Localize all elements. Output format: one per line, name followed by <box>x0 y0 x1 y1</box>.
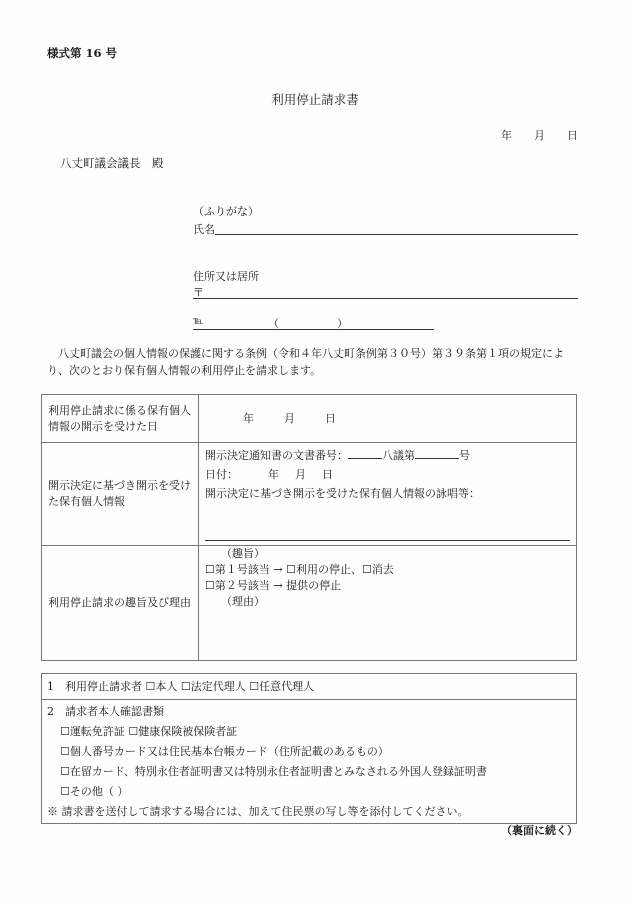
addressee: 八丈町議会議長 殿 <box>60 155 164 171</box>
id-line-1: ☐運転免許証 ☐健康保険被保険者証 <box>47 722 571 742</box>
purpose-reason-cell: （趣旨） ☐第１号該当 → ☐利用の停止、☐消去 ☐第２号該当 → 提供の停止 … <box>199 546 577 661</box>
disclosure-date-field[interactable]: 年月日 <box>199 395 577 443</box>
date-year: 年 <box>501 127 512 143</box>
doc-number-mid: 八議第 <box>382 449 415 462</box>
requester-type-label: 利用停止請求者 <box>65 680 142 693</box>
doc-number-field[interactable] <box>415 447 459 459</box>
name-label: 氏名 <box>193 221 215 237</box>
name-field[interactable] <box>215 234 578 235</box>
request-statement: 八丈町議会の個人情報の保護に関する条例（令和４年八丈町条例第３０号）第３９条第１… <box>47 345 582 379</box>
doc-number-prefix-field[interactable] <box>348 447 382 459</box>
address-field[interactable] <box>193 298 578 299</box>
checkbox-voluntary-agent[interactable]: ☐ <box>249 680 259 693</box>
document-title: 利用停止請求書 <box>0 90 630 108</box>
info-title-label: 開示決定に基づき開示を受けた保有個人情報の詠唱等： <box>205 486 480 502</box>
table-row: 開示決定に基づき開示を受けた保有個人情報 開示決定通知書の文書番号：八議第号 日… <box>42 443 577 546</box>
disclosed-info-cell: 開示決定通知書の文書番号：八議第号 日付：年月日 開示決定に基づき開示を受けた保… <box>199 443 577 546</box>
request-date[interactable]: 年月日 <box>501 127 578 143</box>
date-year: 年 <box>243 411 254 427</box>
option-clause-2: ☐第２号該当 → 提供の停止 <box>205 578 341 594</box>
date-day: 日 <box>322 468 333 481</box>
date-month: 月 <box>284 411 295 427</box>
furigana-label: （ふりがな） <box>193 203 259 219</box>
id-line-4: ☐その他（ ） <box>47 782 571 802</box>
info-title-field[interactable] <box>205 540 570 541</box>
tel-icon: ℡ <box>193 316 204 327</box>
continued-note: （裏面に続く） <box>501 822 578 838</box>
disclosed-info-label: 開示決定に基づき開示を受けた保有個人情報 <box>42 443 199 546</box>
requester-info-table: 1利用停止請求者 ☐本人 ☐法定代理人 ☐任意代理人 2請求者本人確認書類 ☐運… <box>41 673 577 824</box>
mail-note: ※ 請求書を送付して請求する場合には、加えて住民票の写し等を添付してください。 <box>47 802 571 822</box>
requester-type-row: 1利用停止請求者 ☐本人 ☐法定代理人 ☐任意代理人 <box>42 674 577 700</box>
checkbox-drivers-license[interactable]: ☐ <box>60 725 70 738</box>
request-details-table: 利用停止請求に係る保有個人情報の開示を受けた日 年月日 開示決定に基づき開示を受… <box>41 394 577 661</box>
date-day: 日 <box>567 127 578 143</box>
checkbox-erase[interactable]: ☐ <box>362 563 372 576</box>
checkbox-clause-1[interactable]: ☐ <box>205 563 215 576</box>
disclosure-date-label: 利用停止請求に係る保有個人情報の開示を受けた日 <box>42 395 199 443</box>
date-year: 年 <box>268 468 279 481</box>
date-day: 日 <box>325 411 336 427</box>
doc-number-line: 開示決定通知書の文書番号：八議第号 <box>205 447 470 464</box>
checkbox-residence-card[interactable]: ☐ <box>60 765 70 778</box>
table-row: 利用停止請求の趣旨及び理由 （趣旨） ☐第１号該当 → ☐利用の停止、☐消去 ☐… <box>42 546 577 661</box>
checkbox-legal-agent[interactable]: ☐ <box>181 680 191 693</box>
reason-heading: （理由） <box>221 594 265 610</box>
checkbox-other[interactable]: ☐ <box>60 785 70 798</box>
id-documents-row: 2請求者本人確認書類 ☐運転免許証 ☐健康保険被保険者証 ☐個人番号カード又は住… <box>42 700 577 824</box>
table-row: 1利用停止請求者 ☐本人 ☐法定代理人 ☐任意代理人 <box>42 674 577 700</box>
checkbox-my-number-card[interactable]: ☐ <box>60 745 70 758</box>
date-month: 月 <box>534 127 545 143</box>
doc-number-label: 開示決定通知書の文書番号： <box>205 449 348 462</box>
id-line-3: ☐在留カード、特別永住者証明書又は特別永住者証明書とみなされる外国人登録証明書 <box>47 762 571 782</box>
table-row: 2請求者本人確認書類 ☐運転免許証 ☐健康保険被保険者証 ☐個人番号カード又は住… <box>42 700 577 824</box>
checkbox-suspend-use[interactable]: ☐ <box>286 563 296 576</box>
notice-date-line[interactable]: 日付：年月日 <box>205 467 333 483</box>
table-row: 利用停止請求に係る保有個人情報の開示を受けた日 年月日 <box>42 395 577 443</box>
checkbox-self[interactable]: ☐ <box>146 680 156 693</box>
checkbox-health-insurance[interactable]: ☐ <box>128 725 138 738</box>
doc-number-suffix: 号 <box>459 449 470 462</box>
address-label: 住所又は居所 <box>193 268 259 284</box>
id-documents-label: 請求者本人確認書類 <box>65 705 164 718</box>
id-line-2: ☐個人番号カード又は住民基本台帳カード（住所記載のあるもの） <box>47 742 571 762</box>
option-clause-1: ☐第１号該当 → ☐利用の停止、☐消去 <box>205 562 394 578</box>
notice-date-label: 日付： <box>205 468 238 481</box>
form-number: 様式第 16 号 <box>47 45 117 61</box>
tel-field[interactable] <box>193 329 434 330</box>
purpose-reason-label: 利用停止請求の趣旨及び理由 <box>42 546 199 661</box>
checkbox-clause-2[interactable]: ☐ <box>205 579 215 592</box>
date-month: 月 <box>295 468 306 481</box>
purpose-heading: （趣旨） <box>221 546 265 562</box>
